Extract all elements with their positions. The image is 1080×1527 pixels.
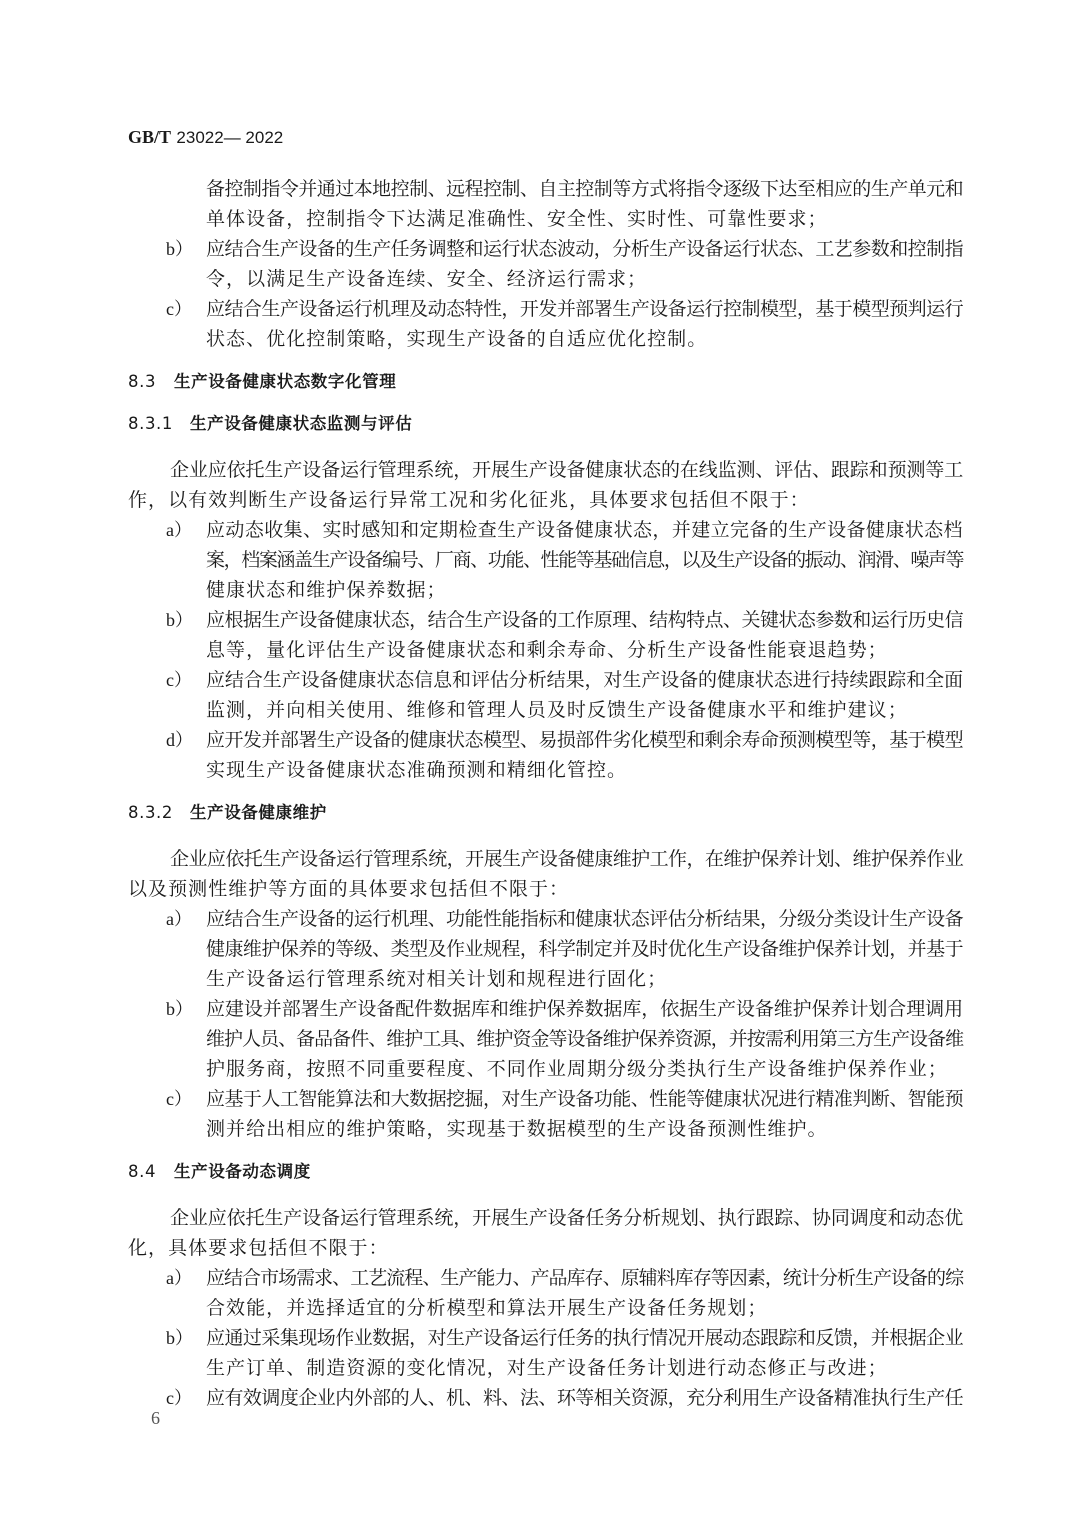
page-number: 6: [151, 1408, 160, 1429]
section-number: 8.3.2: [128, 801, 190, 825]
list-item-text-line: 应动态收集、实时感知和定期检查生产设备健康状态，并建立完备的生产设备健康状态档: [206, 517, 963, 543]
list-item-label: a）: [166, 517, 192, 543]
list-item-text-line: 应结合市场需求、工艺流程、生产能力、产品库存、原辅料库存等因素，统计分析生产设备…: [206, 1265, 963, 1291]
paragraph-line: 以及预测性维护等方面的具体要求包括但不限于：: [128, 876, 569, 902]
paragraph-line: 备控制指令并通过本地控制、远程控制、自主控制等方式将指令逐级下达至相应的生产单元…: [206, 176, 963, 202]
list-item-text-line: 监测，并向相关使用、维修和管理人员及时反馈生产设备健康水平和维护建议；: [206, 697, 908, 723]
section-title: 生产设备健康状态数字化管理: [174, 372, 396, 391]
paragraph-line: 企业应依托生产设备运行管理系统，开展生产设备任务分析规划、执行跟踪、协同调度和动…: [170, 1205, 963, 1231]
list-item-text-line: 应根据生产设备健康状态，结合生产设备的工作原理、结构特点、关键状态参数和运行历史…: [206, 607, 963, 633]
section-heading-8-4: 8.4生产设备动态调度: [128, 1160, 311, 1184]
list-item-text-line: 应结合生产设备运行机理及动态特性，开发并部署生产设备运行控制模型，基于模型预判运…: [206, 296, 963, 322]
section-heading-8-3-1: 8.3.1生产设备健康状态监测与评估: [128, 412, 412, 436]
section-title: 生产设备健康状态监测与评估: [190, 414, 412, 433]
list-item-text-line: 合效能，并选择适宜的分析模型和算法开展生产设备任务规划；: [206, 1295, 767, 1321]
list-item-text-line: 令，以满足生产设备连续、安全、经济运行需求；: [206, 266, 647, 292]
section-number: 8.4: [128, 1160, 174, 1184]
list-item-text-line: 实现生产设备健康状态准确预测和精细化管控。: [206, 757, 627, 783]
paragraph-line: 企业应依托生产设备运行管理系统，开展生产设备健康状态的在线监测、评估、跟踪和预测…: [170, 457, 963, 483]
list-item-text-line: 护服务商，按照不同重要程度、不同作业周期分级分类执行生产设备维护保养作业；: [206, 1056, 948, 1082]
section-heading-8-3: 8.3生产设备健康状态数字化管理: [128, 370, 396, 394]
list-item-text-line: 应有效调度企业内外部的人、机、料、法、环等相关资源，充分利用生产设备精准执行生产…: [206, 1385, 963, 1411]
list-item-text-line: 应开发并部署生产设备的健康状态模型、易损部件劣化模型和剩余寿命预测模型等，基于模…: [206, 727, 963, 753]
list-item-label: b）: [166, 1325, 193, 1351]
list-item-text-line: 健康维护保养的等级、类型及作业规程，科学制定并及时优化生产设备维护保养计划，并基…: [206, 936, 963, 962]
section-heading-8-3-2: 8.3.2生产设备健康维护: [128, 801, 327, 825]
list-item-text-line: 维护人员、备品备件、维护工具、维护资金等设备维护保养资源，并按需利用第三方生产设…: [206, 1026, 963, 1052]
list-item-label: c）: [166, 296, 192, 322]
list-item-text-line: 案，档案涵盖生产设备编号、厂商、功能、性能等基础信息，以及生产设备的振动、润滑、…: [206, 547, 963, 573]
section-title: 生产设备健康维护: [190, 803, 327, 822]
list-item-text-line: 应建设并部署生产设备配件数据库和维护保养数据库，依据生产设备维护保养计划合理调用: [206, 996, 963, 1022]
paragraph-line: 单体设备，控制指令下达满足准确性、安全性、实时性、可靠性要求；: [206, 206, 828, 232]
list-item-label: c）: [166, 1385, 192, 1411]
list-item-label: a）: [166, 1265, 192, 1291]
list-item-label: c）: [166, 667, 192, 693]
list-item-text-line: 测并给出相应的维护策略，实现基于数据模型的生产设备预测性维护。: [206, 1116, 828, 1142]
standard-code: GB/T: [128, 127, 171, 147]
paragraph-line: 作，以有效判断生产设备运行异常工况和劣化征兆，具体要求包括但不限于：: [128, 487, 810, 513]
paragraph-line: 化，具体要求包括但不限于：: [128, 1235, 389, 1261]
list-item-text-line: 健康状态和维护保养数据；: [206, 577, 447, 603]
list-item-label: b）: [166, 236, 193, 262]
list-item-text-line: 息等，量化评估生产设备健康状态和剩余寿命、分析生产设备性能衰退趋势；: [206, 637, 888, 663]
paragraph-line: 企业应依托生产设备运行管理系统，开展生产设备健康维护工作，在维护保养计划、维护保…: [170, 846, 963, 872]
list-item-text-line: 应通过采集现场作业数据，对生产设备运行任务的执行情况开展动态跟踪和反馈，并根据企…: [206, 1325, 963, 1351]
section-title: 生产设备动态调度: [174, 1162, 311, 1181]
list-item-label: b）: [166, 996, 193, 1022]
document-page: GB/T 23022— 2022 备控制指令并通过本地控制、远程控制、自主控制等…: [0, 0, 1080, 1527]
list-item-text-line: 生产设备运行管理系统对相关计划和规程进行固化；: [206, 966, 667, 992]
list-item-label: b）: [166, 607, 193, 633]
standard-number: 23022— 2022: [176, 128, 283, 147]
list-item-text-line: 应结合生产设备健康状态信息和评估分析结果，对生产设备的健康状态进行持续跟踪和全面: [206, 667, 963, 693]
list-item-label: c）: [166, 1086, 192, 1112]
section-number: 8.3.1: [128, 412, 190, 436]
list-item-text-line: 应基于人工智能算法和大数据挖掘，对生产设备功能、性能等健康状况进行精准判断、智能…: [206, 1086, 963, 1112]
list-item-label: d）: [166, 727, 193, 753]
list-item-text-line: 状态、优化控制策略，实现生产设备的自适应优化控制。: [206, 326, 707, 352]
standard-header: GB/T 23022— 2022: [128, 126, 283, 149]
list-item-text-line: 应结合生产设备的运行机理、功能性能指标和健康状态评估分析结果，分级分类设计生产设…: [206, 906, 963, 932]
list-item-text-line: 应结合生产设备的生产任务调整和运行状态波动，分析生产设备运行状态、工艺参数和控制…: [206, 236, 963, 262]
list-item-label: a）: [166, 906, 192, 932]
list-item-text-line: 生产订单、制造资源的变化情况，对生产设备任务计划进行动态修正与改进；: [206, 1355, 888, 1381]
section-number: 8.3: [128, 370, 174, 394]
